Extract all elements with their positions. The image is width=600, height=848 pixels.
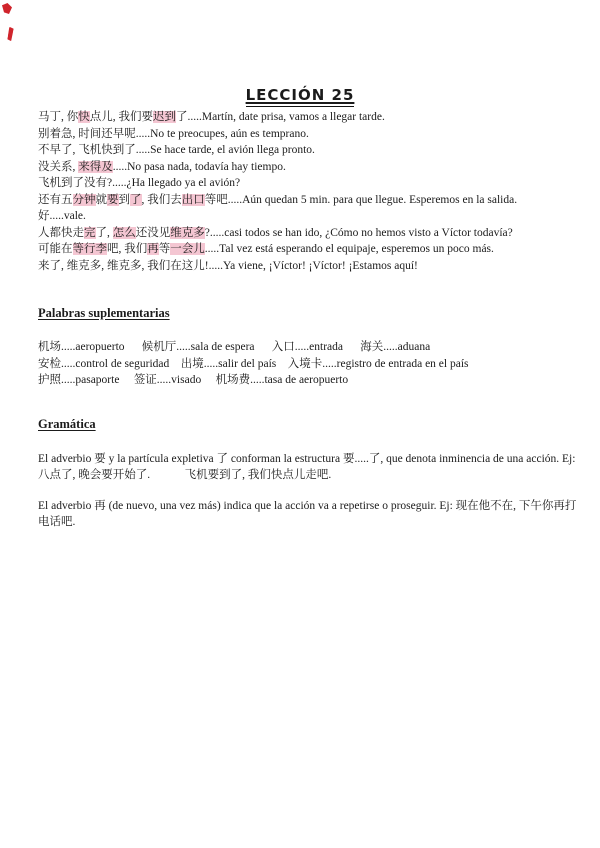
text-segment: 吧, 我们 — [107, 243, 147, 255]
text-segment: 等 — [159, 243, 171, 255]
dialogue-line: 好.....vale. — [38, 208, 590, 225]
text-segment: 来了, 维克多, 维克多, 我们在这儿!.....Ya viene, ¡Víct… — [38, 260, 418, 272]
dialogue-line: 别着急, 时间还早呢.....No te preocupes, aún es t… — [38, 126, 590, 143]
dialogue-line: 马丁, 你快点儿, 我们要迟到了.....Martín, date prisa,… — [38, 109, 590, 126]
text-segment: 马丁, 你 — [38, 111, 78, 123]
highlighted-term: 维克多 — [170, 227, 205, 239]
text-segment: 人都快走 — [38, 227, 84, 239]
highlighted-term: 快 — [78, 111, 90, 123]
vocab-section: 机场.....aeropuerto 候机厅.....sala de espera… — [38, 339, 590, 389]
dialogue-line: 可能在等行李吧, 我们再等一会儿.....Tal vez está espera… — [38, 241, 590, 258]
text-segment: 还有五 — [38, 194, 73, 206]
text-segment: 不早了, 飞机快到了.....Se hace tarde, el avión l… — [38, 144, 315, 156]
lesson-title-text: LECCIÓN 25 — [246, 86, 355, 107]
highlighted-term: 完 — [84, 227, 96, 239]
text-segment: 了, — [96, 227, 113, 239]
highlighted-term: 迟到 — [153, 111, 176, 123]
text-segment: 点儿, 我们要 — [90, 111, 153, 123]
vocab-section-heading: Palabras suplementarias — [38, 306, 170, 321]
vocab-line: 安检.....control de seguridad 出境.....salir… — [38, 356, 590, 373]
grammar-paragraph: El adverbio 要 y la partícula expletiva 了… — [38, 451, 583, 483]
highlighted-term: 分钟 — [73, 194, 96, 206]
document-page: LECCIÓN 25 马丁, 你快点儿, 我们要迟到了.....Martín, … — [0, 0, 600, 848]
highlighted-term: 来得及 — [78, 161, 113, 173]
highlighted-term: 出口 — [182, 194, 205, 206]
highlighted-term: 等行李 — [73, 243, 108, 255]
text-segment: 好.....vale. — [38, 210, 86, 222]
highlighted-term: 怎么 — [113, 227, 136, 239]
dialogue-line: 没关系, 来得及.....No pasa nada, todavía hay t… — [38, 159, 590, 176]
text-segment: 就 — [96, 194, 108, 206]
text-segment: 到 — [119, 194, 131, 206]
text-segment: ?.....casi todos se han ido, ¿Cómo no he… — [205, 227, 513, 239]
text-segment: , 我们去 — [142, 194, 182, 206]
dialogue-line: 来了, 维克多, 维克多, 我们在这儿!.....Ya viene, ¡Víct… — [38, 258, 590, 275]
text-segment: 飞机到了没有?.....¿Ha llegado ya el avión? — [38, 177, 240, 189]
dialogue-section: 马丁, 你快点儿, 我们要迟到了.....Martín, date prisa,… — [38, 109, 590, 274]
text-segment: .....Tal vez está esperando el equipaje,… — [205, 243, 494, 255]
text-segment: 别着急, 时间还早呢.....No te preocupes, aún es t… — [38, 128, 309, 140]
grammar-section-heading: Gramática — [38, 417, 96, 432]
grammar-paragraph: El adverbio 再 (de nuevo, una vez más) in… — [38, 498, 583, 530]
highlighted-term: 再 — [147, 243, 159, 255]
red-pen-mark-icon — [7, 27, 14, 42]
text-segment: 没关系, — [38, 161, 78, 173]
text-segment: 了.....Martín, date prisa, vamos a llegar… — [176, 111, 385, 123]
text-segment: 还没见 — [136, 227, 171, 239]
dialogue-line: 不早了, 飞机快到了.....Se hace tarde, el avión l… — [38, 142, 590, 159]
dialogue-line: 还有五分钟就要到了, 我们去出口等吧.....Aún quedan 5 min.… — [38, 192, 590, 209]
vocab-line: 护照.....pasaporte 签证.....visado 机场费.....t… — [38, 372, 590, 389]
dialogue-line: 人都快走完了, 怎么还没见维克多?.....casi todos se han … — [38, 225, 590, 242]
red-pen-mark-icon — [2, 3, 12, 14]
lesson-title: LECCIÓN 25 — [0, 71, 600, 108]
highlighted-term: 一会儿 — [170, 243, 205, 255]
dialogue-line: 飞机到了没有?.....¿Ha llegado ya el avión? — [38, 175, 590, 192]
text-segment: 等吧.....Aún quedan 5 min. para que llegue… — [205, 194, 517, 206]
vocab-line: 机场.....aeropuerto 候机厅.....sala de espera… — [38, 339, 590, 356]
text-segment: .....No pasa nada, todavía hay tiempo. — [113, 161, 286, 173]
text-segment: 可能在 — [38, 243, 73, 255]
highlighted-term: 要 — [107, 194, 119, 206]
highlighted-term: 了 — [130, 194, 142, 206]
